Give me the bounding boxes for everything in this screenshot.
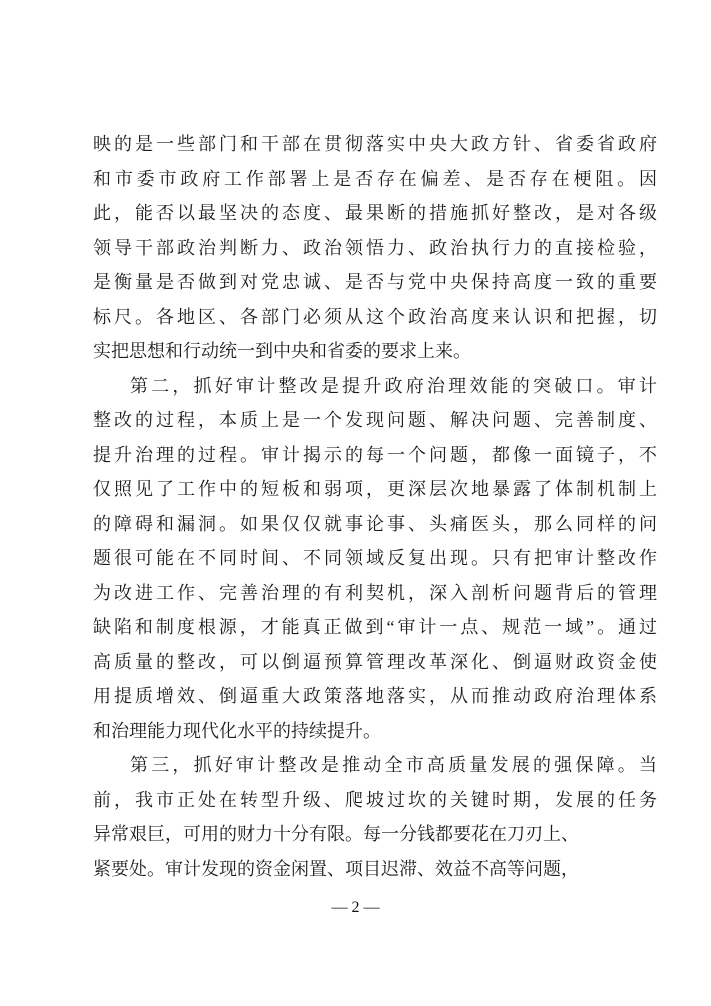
text-line: 紧要处。审计发现的资金闲置、项目迟滞、效益不高等问题， — [93, 852, 657, 887]
text-line: 此，能否以最坚决的态度、最果断的措施抓好整改，是对各级 — [93, 196, 657, 231]
text-line: 的障碍和漏洞。如果仅仅就事论事、头痛医头，那么同样的问 — [93, 507, 657, 542]
text-line: 为改进工作、完善治理的有利契机，深入剖析问题背后的管理 — [93, 576, 657, 611]
text-line: 第二，抓好审计整改是提升政府治理效能的突破口。审计 — [93, 369, 657, 404]
document-body: 映的是一些部门和干部在贯彻落实中央大政方针、省委省政府 和市委市政府工作部署上是… — [93, 127, 657, 886]
text-line: 和市委市政府工作部署上是否存在偏差、是否存在梗阻。因 — [93, 162, 657, 197]
text-line: 领导干部政治判断力、政治领悟力、政治执行力的直接检验， — [93, 231, 657, 266]
text-line: 实把思想和行动统一到中央和省委的要求上来。 — [93, 334, 657, 369]
text-line: 映的是一些部门和干部在贯彻落实中央大政方针、省委省政府 — [93, 127, 657, 162]
text-line: 标尺。各地区、各部门必须从这个政治高度来认识和把握，切 — [93, 300, 657, 335]
text-line: 提升治理的过程。审计揭示的每一个问题，都像一面镜子，不 — [93, 438, 657, 473]
text-line: 用提质增效、倒逼重大政策落地落实，从而推动政府治理体系 — [93, 679, 657, 714]
text-line: 仅照见了工作中的短板和弱项，更深层次地暴露了体制机制上 — [93, 472, 657, 507]
text-line: 异常艰巨，可用的财力十分有限。每一分钱都要花在刀刃上、 — [93, 817, 657, 852]
text-line: 题很可能在不同时间、不同领域反复出现。只有把审计整改作 — [93, 541, 657, 576]
text-line: 高质量的整改，可以倒逼预算管理改革深化、倒逼财政资金使 — [93, 645, 657, 680]
text-line: 缺陷和制度根源，才能真正做到“审计一点、规范一域”。通过 — [93, 610, 657, 645]
document-page: 映的是一些部门和干部在贯彻落实中央大政方针、省委省政府 和市委市政府工作部署上是… — [0, 0, 711, 1006]
text-line: 前，我市正处在转型升级、爬坡过坎的关键时期，发展的任务 — [93, 783, 657, 818]
text-line: 和治理能力现代化水平的持续提升。 — [93, 714, 657, 749]
text-line: 整改的过程，本质上是一个发现问题、解决问题、完善制度、 — [93, 403, 657, 438]
text-line: 是衡量是否做到对党忠诚、是否与党中央保持高度一致的重要 — [93, 265, 657, 300]
page-number: — 2 — — [0, 896, 711, 920]
text-line: 第三，抓好审计整改是推动全市高质量发展的强保障。当 — [93, 748, 657, 783]
